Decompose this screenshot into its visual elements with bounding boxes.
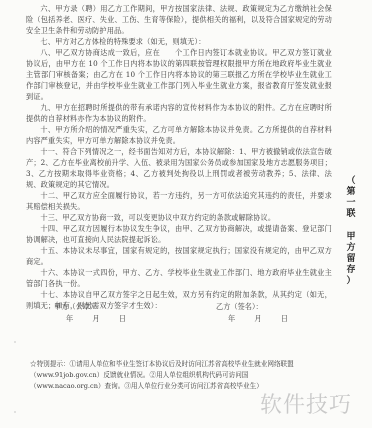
party-b-date: 年 月 日 — [216, 314, 294, 324]
side-label-char: 第 — [344, 187, 358, 198]
side-label-char: （ — [344, 176, 358, 187]
agreement-page: 六、甲方录（聘）用乙方工作期间，甲方按国家法律、法规、政策规定为乙方缴纳社会保险… — [0, 0, 372, 428]
party-b-signature: 乙方（签名）： 年 月 日 — [216, 302, 294, 324]
clause-9: 九、甲方在招聘时所提供的带有承诺内容的宣传材料作为本协议的附件。乙方在应聘时所提… — [26, 102, 332, 124]
clause-10: 十、甲方所介绍的情况严重失实，乙方可单方解除本协议并免责。乙方所提供的自荐材料内… — [26, 124, 332, 146]
copy-label-vertical: （ 第 一 联 甲 方 留 存 ） — [344, 176, 358, 287]
side-label-char: 甲 — [344, 232, 358, 243]
clause-15: 十五、本协议未尽事宜，国家有规定的，按国家规定执行；国家没有规定的，由甲乙双方商… — [26, 245, 332, 267]
scan-speck — [14, 411, 16, 413]
clause-14: 十四、甲乙双方因履行本协议发生争议，由甲、乙双方协商解决，或提请备案、登记部门协… — [26, 223, 332, 245]
side-label-char: 联 — [344, 209, 358, 220]
notice-line: （www.91job.gov.cn）反馈就业情况。②用人单位组织机构代码可访问国 — [30, 370, 350, 381]
clause-7: 七、甲方对乙方体检的特殊要求（如无，则填无）： — [26, 36, 332, 47]
side-label-char: 存 — [344, 265, 358, 276]
side-label-gap — [344, 220, 358, 232]
party-a-date: 年 月 日 — [54, 314, 132, 324]
watermark: 软件技巧 — [260, 388, 352, 419]
party-b-label: 乙方（签名）： — [216, 302, 263, 311]
clause-8: 八、甲乙双方协商达成一致后，应在 个工作日内签订本就业协议。甲乙双方签订就业协议… — [26, 47, 332, 102]
side-label-char: ） — [344, 276, 358, 287]
side-label-char: 留 — [344, 254, 358, 265]
clause-16: 十六、本协议一式四份，甲方、乙方、学校毕业生就业工作部门、地方政府毕业生就业主管… — [26, 267, 332, 289]
clause-6: 六、甲方录（聘）用乙方工作期间，甲方按国家法律、法规、政策规定为乙方缴纳社会保险… — [26, 3, 332, 36]
scan-speck — [14, 341, 16, 343]
side-label-char: 方 — [344, 243, 358, 254]
agreement-body: 六、甲方录（聘）用乙方工作期间，甲方按国家法律、法规、政策规定为乙方缴纳社会保险… — [26, 3, 332, 311]
party-a-signature: 甲方（公章）： 年 月 日 — [54, 302, 132, 324]
notice-line: ☆特别提示：①请用人单位和毕业生签订本协议后及时访问江苏省高校毕业生就业网络联盟 — [30, 359, 350, 370]
clause-12: 十二、甲乙双方应全面履行协议，若一方违约，另一方可依法追究其违约的责任，并要求其… — [26, 190, 332, 212]
side-label-char: 一 — [344, 198, 358, 209]
clause-11: 十一、符合下列情况之一，经书面告知对方后，本协议解除：1、甲方被撤销或依法宣告破… — [26, 146, 332, 190]
party-a-label: 甲方（公章）： — [54, 302, 101, 311]
clause-13: 十三、甲乙双方协商一致，可以变更协议中双方约定的条款或解除协议。 — [26, 212, 332, 223]
